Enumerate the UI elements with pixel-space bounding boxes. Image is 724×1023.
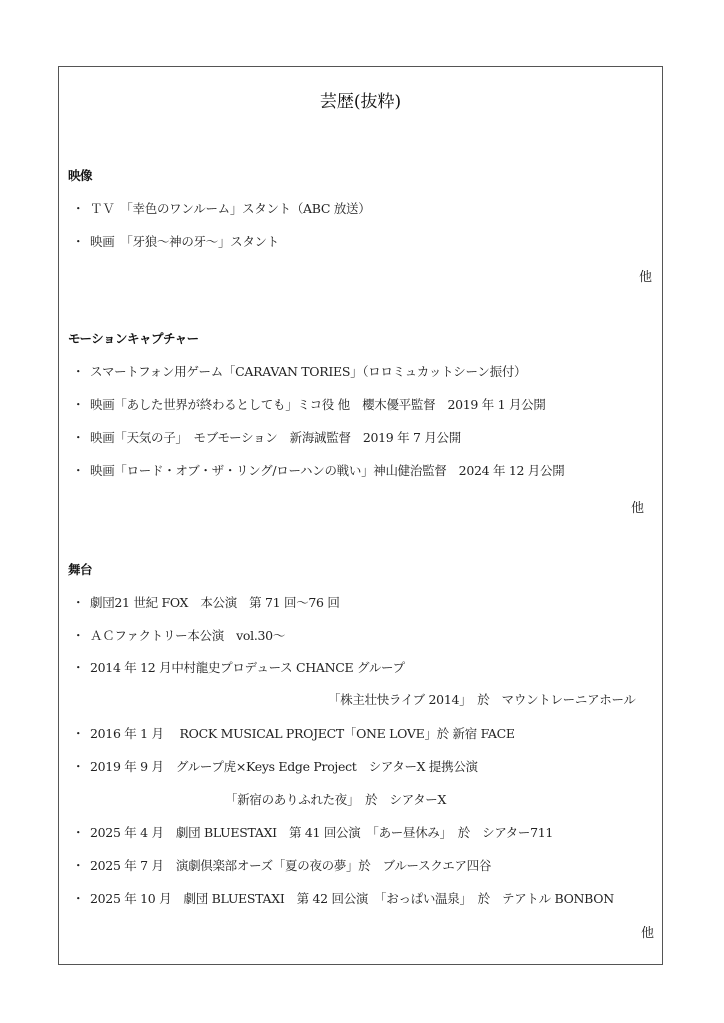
- list-item: ・劇団21 世紀 FOX 本公演 第 71 回〜76 回: [72, 595, 340, 611]
- list-item: ・ＡＣファクトリー本公演 vol.30〜: [72, 628, 285, 644]
- section-heading-stage: 舞台: [68, 562, 92, 578]
- section-heading-video: 映像: [68, 168, 92, 184]
- bullet-icon: ・: [72, 759, 90, 775]
- list-item-continuation: 「株主壮快ライブ 2014」 於 マウントレーニアホール: [328, 692, 636, 708]
- bullet-icon: ・: [72, 891, 90, 907]
- bullet-icon: ・: [72, 463, 90, 479]
- list-item: ・2025 年 10 月 劇団 BLUESTAXI 第 42 回公演 「おっぱい…: [72, 891, 614, 907]
- bullet-icon: ・: [72, 825, 90, 841]
- bullet-icon: ・: [72, 234, 90, 250]
- list-item: ・2014 年 12 月中村龍史プロデュース CHANCE グループ: [72, 660, 405, 676]
- bullet-icon: ・: [72, 858, 90, 874]
- bullet-icon: ・: [72, 397, 90, 413]
- bullet-icon: ・: [72, 201, 90, 217]
- bullet-icon: ・: [72, 726, 90, 742]
- list-item: ・2019 年 9 月 グループ虎×Keys Edge Project シアター…: [72, 759, 478, 775]
- section-heading-motion-capture: モーションキャプチャー: [68, 331, 199, 347]
- other-note: 他: [639, 266, 652, 285]
- bullet-icon: ・: [72, 628, 90, 644]
- list-item: ・2016 年 1 月 ROCK MUSICAL PROJECT「ONE LOV…: [72, 726, 515, 742]
- bullet-icon: ・: [72, 364, 90, 380]
- document-title: 芸歴(抜粋): [59, 87, 662, 112]
- list-item: ・2025 年 7 月 演劇倶楽部オーズ「夏の夜の夢」於 ブルースクエア四谷: [72, 858, 491, 874]
- list-item: ・2025 年 4 月 劇団 BLUESTAXI 第 41 回公演 「あー昼休み…: [72, 825, 553, 841]
- other-note: 他: [641, 922, 654, 941]
- bullet-icon: ・: [72, 430, 90, 446]
- list-item: ・映画「天気の子」 モブモーション 新海誠監督 2019 年 7 月公開: [72, 430, 461, 446]
- list-item-continuation: 「新宿のありふれた夜」 於 シアターX: [225, 792, 446, 808]
- list-item: ・ＴＶ 「幸色のワンルーム」スタント（ABC 放送）: [72, 201, 370, 217]
- bullet-icon: ・: [72, 660, 90, 676]
- list-item: ・スマートフォン用ゲーム「CARAVAN TORIES」（ロロミュカットシーン振…: [72, 364, 526, 380]
- list-item: ・映画「あした世界が終わるとしても」ミコ役 他 櫻木優平監督 2019 年 1 …: [72, 397, 546, 413]
- list-item: ・映画「ロード・オブ・ザ・リング/ローハンの戦い」神山健治監督 2024 年 1…: [72, 463, 564, 479]
- bullet-icon: ・: [72, 595, 90, 611]
- other-note: 他: [631, 497, 644, 516]
- list-item: ・映画 「牙狼〜神の牙〜」スタント: [72, 234, 279, 250]
